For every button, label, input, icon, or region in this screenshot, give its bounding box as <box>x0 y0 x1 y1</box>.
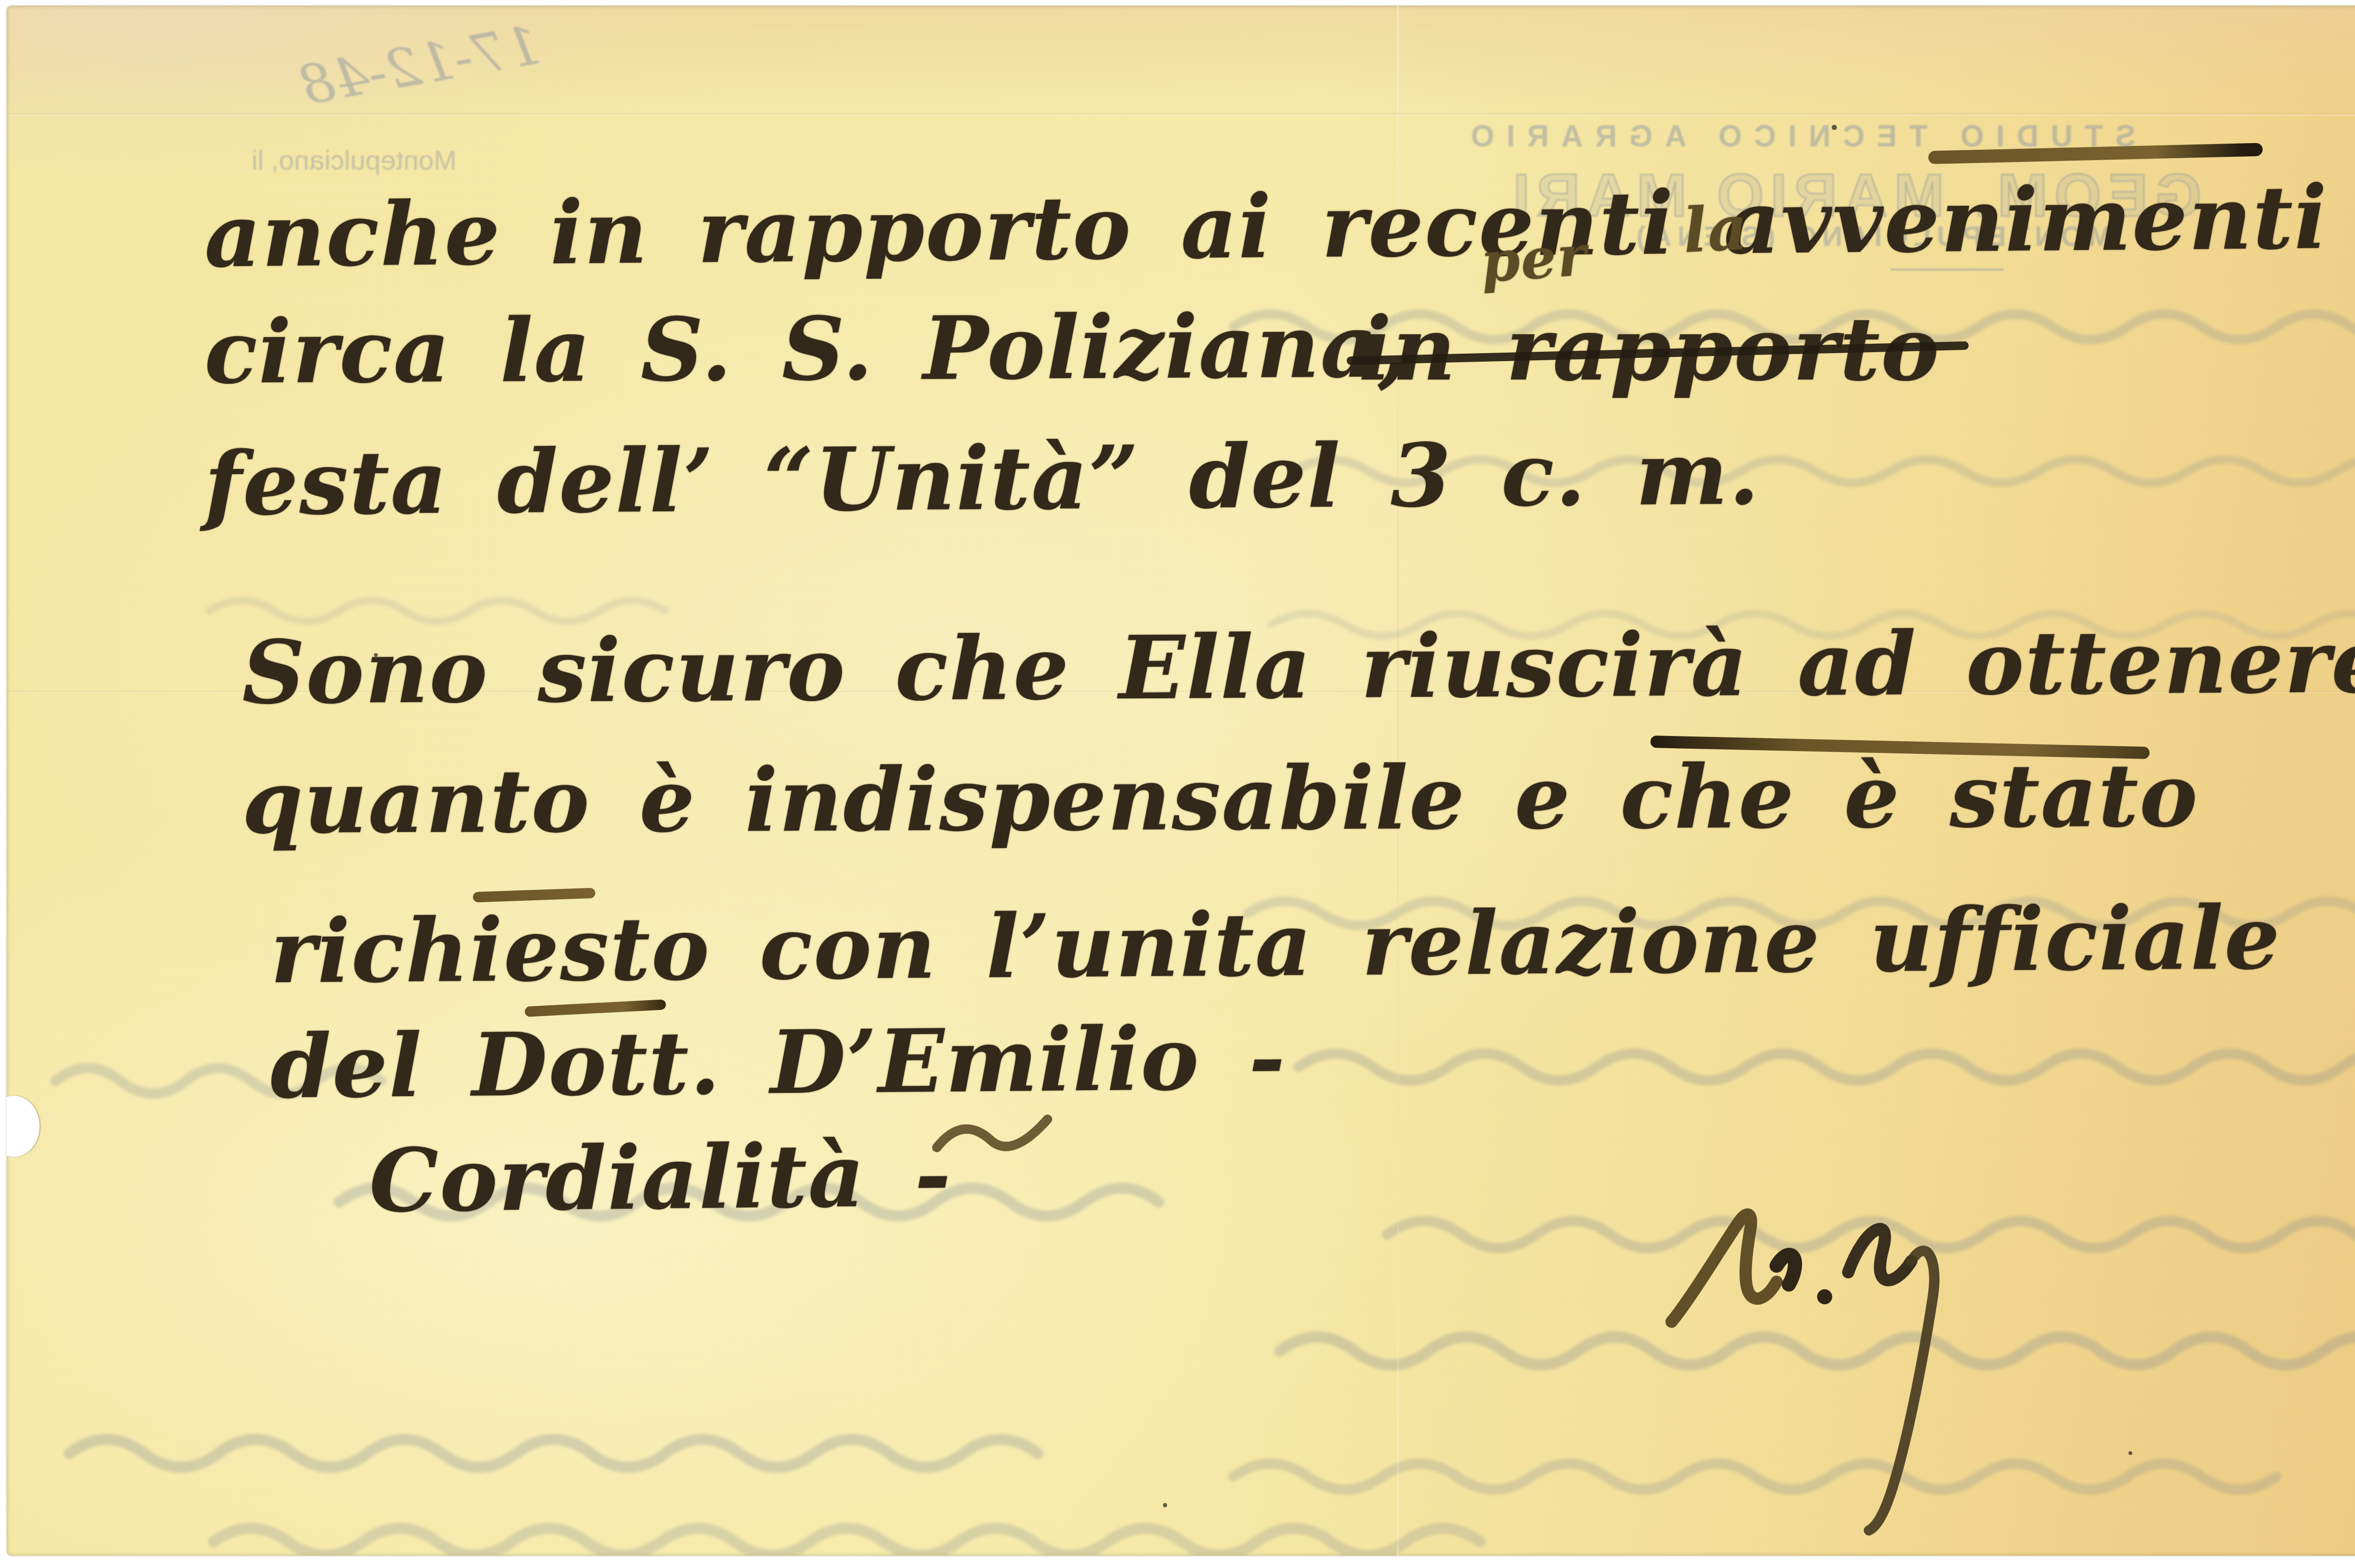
letter-line-5: quanto è indispensabile e che è stato <box>242 744 2199 853</box>
closing-tilde-flourish <box>930 1103 1071 1178</box>
letter-line-4: Sono sicuro che Ella riuscirà ad ottener… <box>242 610 2355 724</box>
fold-crease-horizontal-1 <box>7 113 2355 114</box>
paper-sheet: STUDIO TECNICO AGRARIO GEOM. MARIO MARI … <box>7 6 2355 1556</box>
letter-line-2: circa la S. S. Poliziana, <box>204 294 1409 403</box>
letter-line-2-struck-word-1: in rapporto <box>1358 298 1940 400</box>
interline-insertion-la: la <box>1681 192 1750 267</box>
scanned-letter-page: STUDIO TECNICO AGRARIO GEOM. MARIO MARI … <box>0 0 2355 1568</box>
letter-line-3: festa dell’ “Unità” del 3 c. m. <box>204 421 1760 535</box>
closing-line: Cordialità - <box>369 1123 952 1232</box>
letter-line-6: richiesto con l’unita relazione ufficial… <box>270 886 2281 1003</box>
ink-speck <box>1832 125 1837 130</box>
letter-line-7: del Dott. D’Emilio - <box>270 1007 1286 1118</box>
ink-speck <box>2128 1451 2132 1455</box>
signature-monogram <box>1627 1173 2051 1556</box>
dateline-place-ghost: Montepulciano, li <box>252 145 456 176</box>
interline-insertion-per: per <box>1478 222 1589 295</box>
ink-speck <box>1163 1503 1167 1507</box>
ink-speck <box>374 653 378 657</box>
letter-line-1: anche in rapporto ai recenti avvenimenti <box>204 166 2328 287</box>
